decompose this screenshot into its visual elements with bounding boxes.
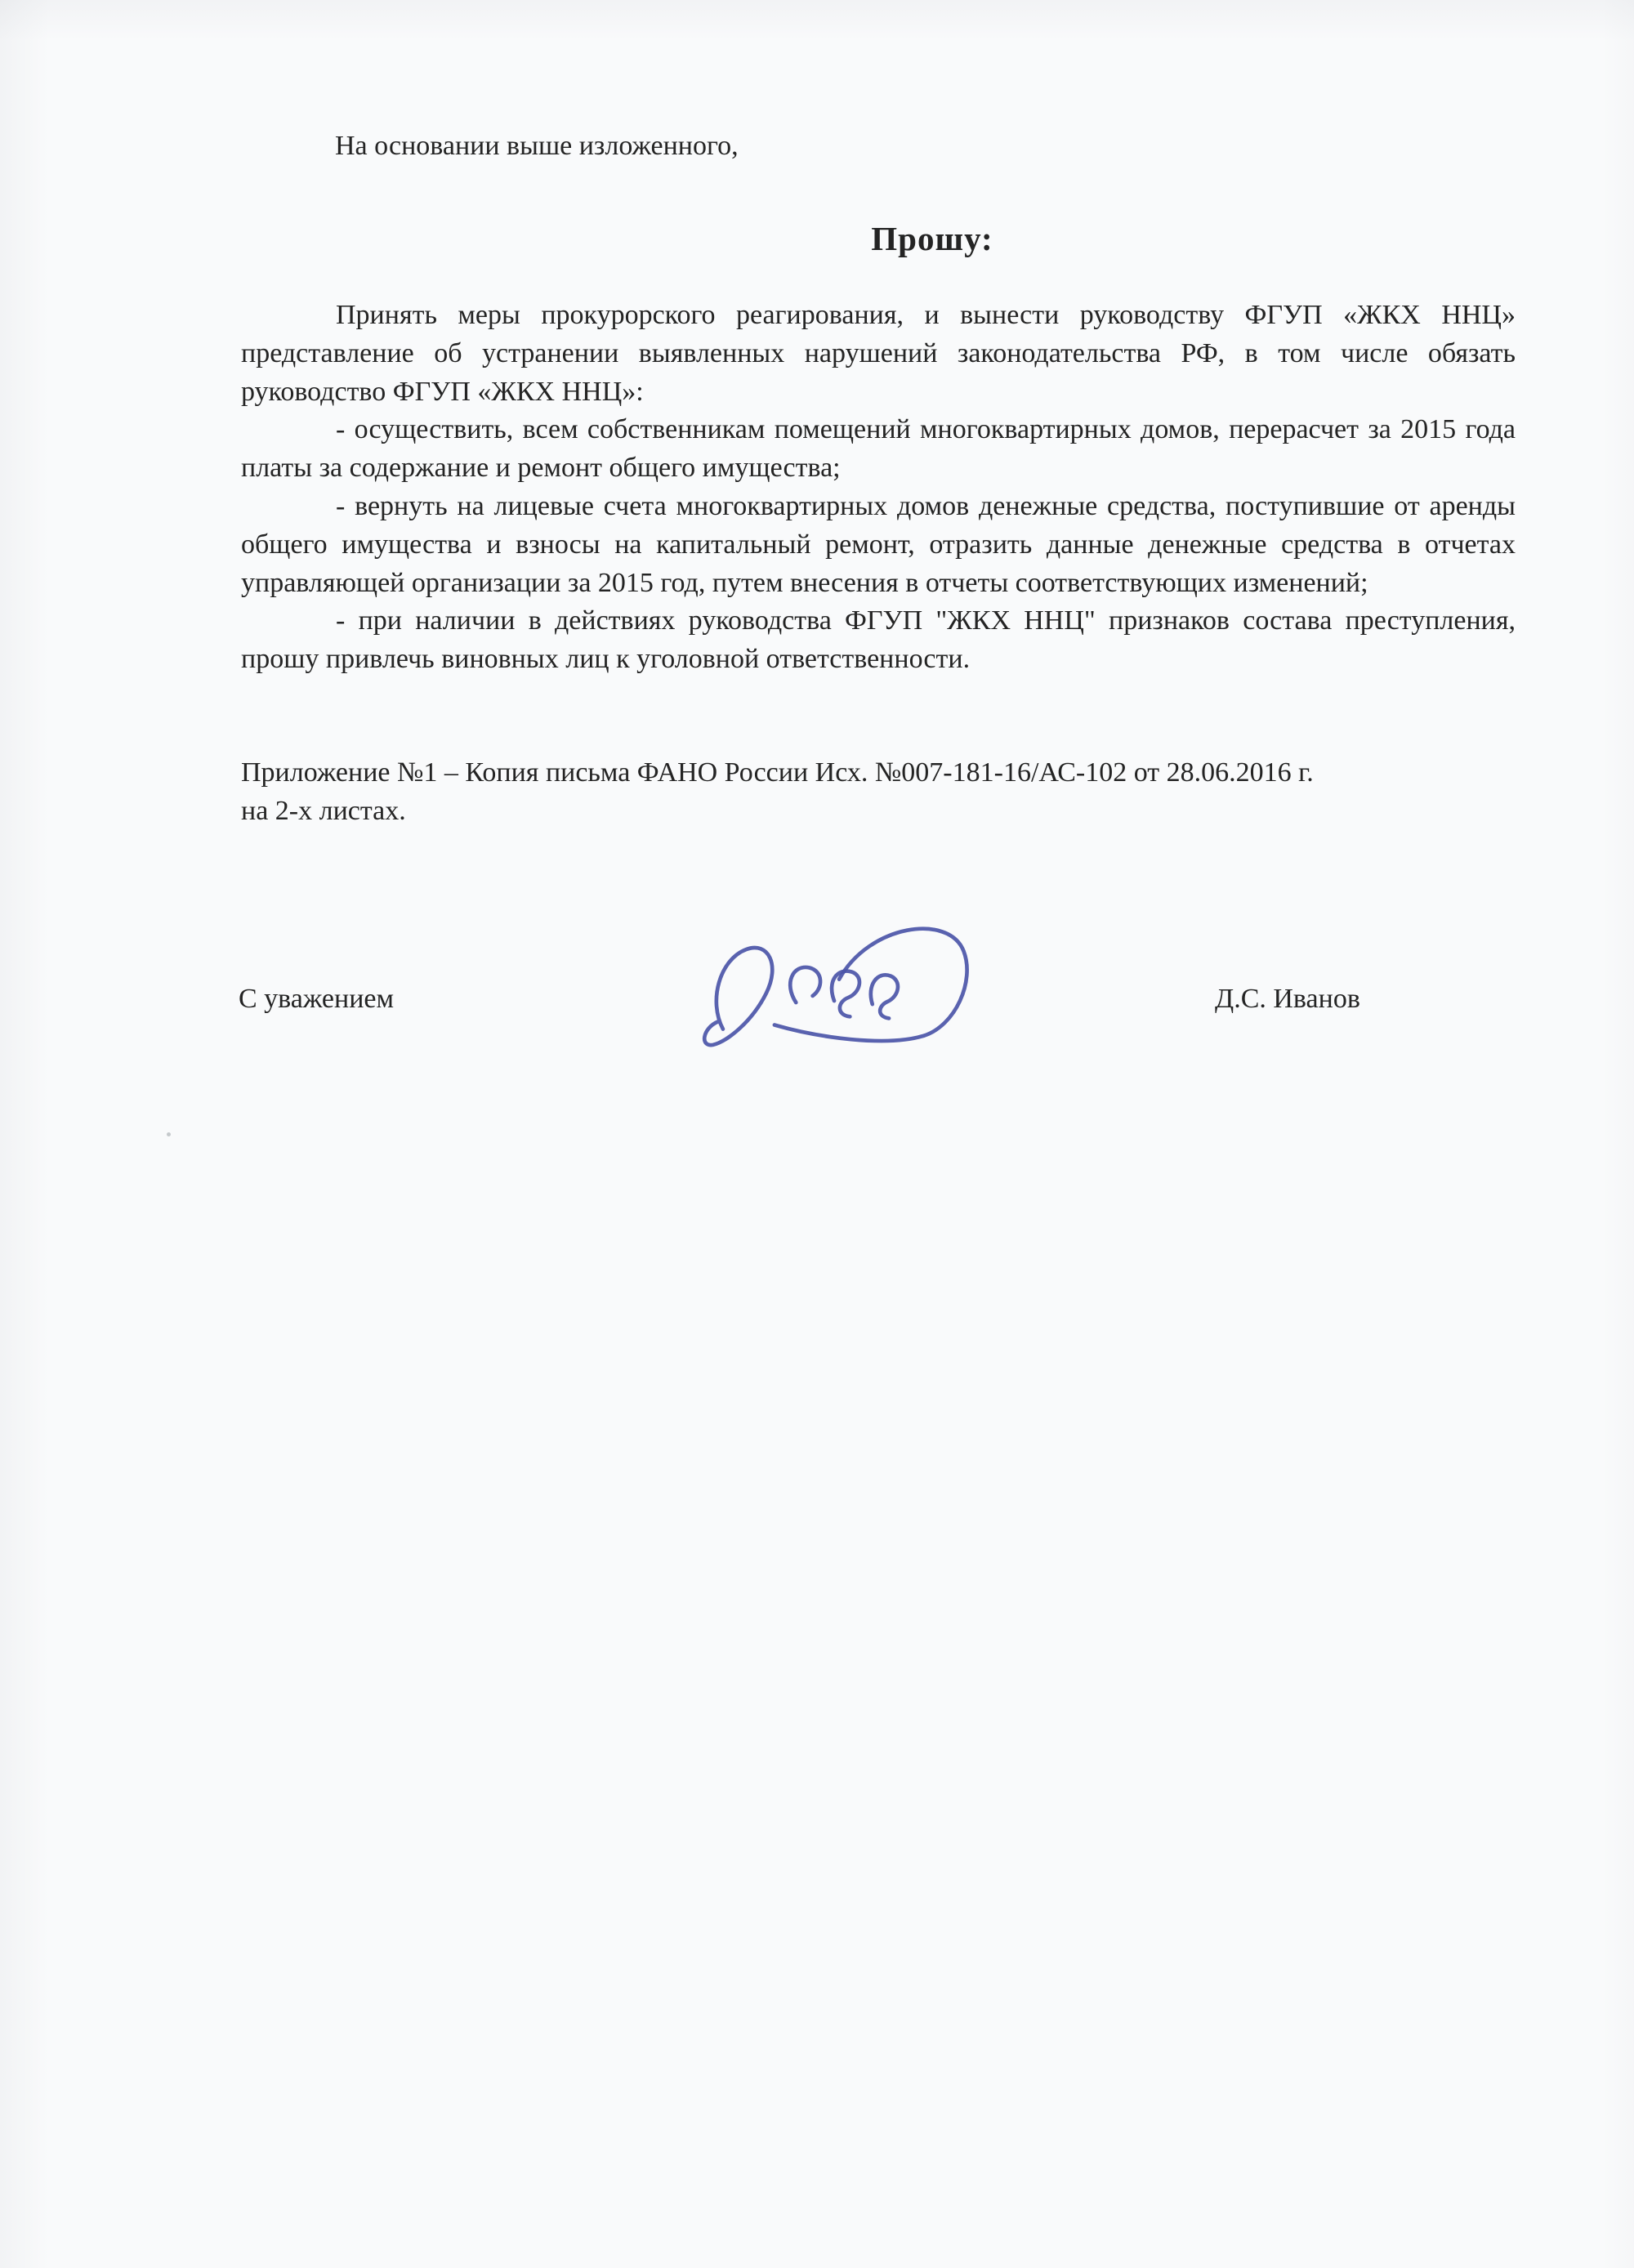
closing-salutation: С уважением — [239, 984, 394, 1015]
attachment-line-1: Приложение №1 – Копия письма ФАНО России… — [241, 753, 1556, 792]
body-paragraph-demand-1: - осуществить, всем собственникам помеще… — [241, 411, 1516, 488]
body-paragraph-intro: Принять меры прокурорского реагирования,… — [241, 297, 1516, 411]
request-heading: Прошу: — [295, 219, 1569, 258]
body-paragraph-demand-2: - вернуть на лицевые счета многоквартирн… — [241, 488, 1516, 602]
body-paragraph-demand-3: - при наличии в действиях руководства ФГ… — [241, 602, 1516, 679]
body-text: Принять меры прокурорского реагирования,… — [241, 297, 1516, 679]
signer-name: Д.С. Иванов — [1215, 984, 1360, 1015]
attachment-note: Приложение №1 – Копия письма ФАНО России… — [241, 753, 1556, 830]
opening-line: На основании выше изложенного, — [335, 131, 739, 162]
scanned-letter-page: На основании выше изложенного, Прошу: Пр… — [0, 0, 1634, 2268]
attachment-line-2: на 2-х листах. — [241, 792, 1556, 830]
handwritten-signature-ink — [675, 926, 990, 1070]
scan-speck — [167, 1132, 171, 1136]
